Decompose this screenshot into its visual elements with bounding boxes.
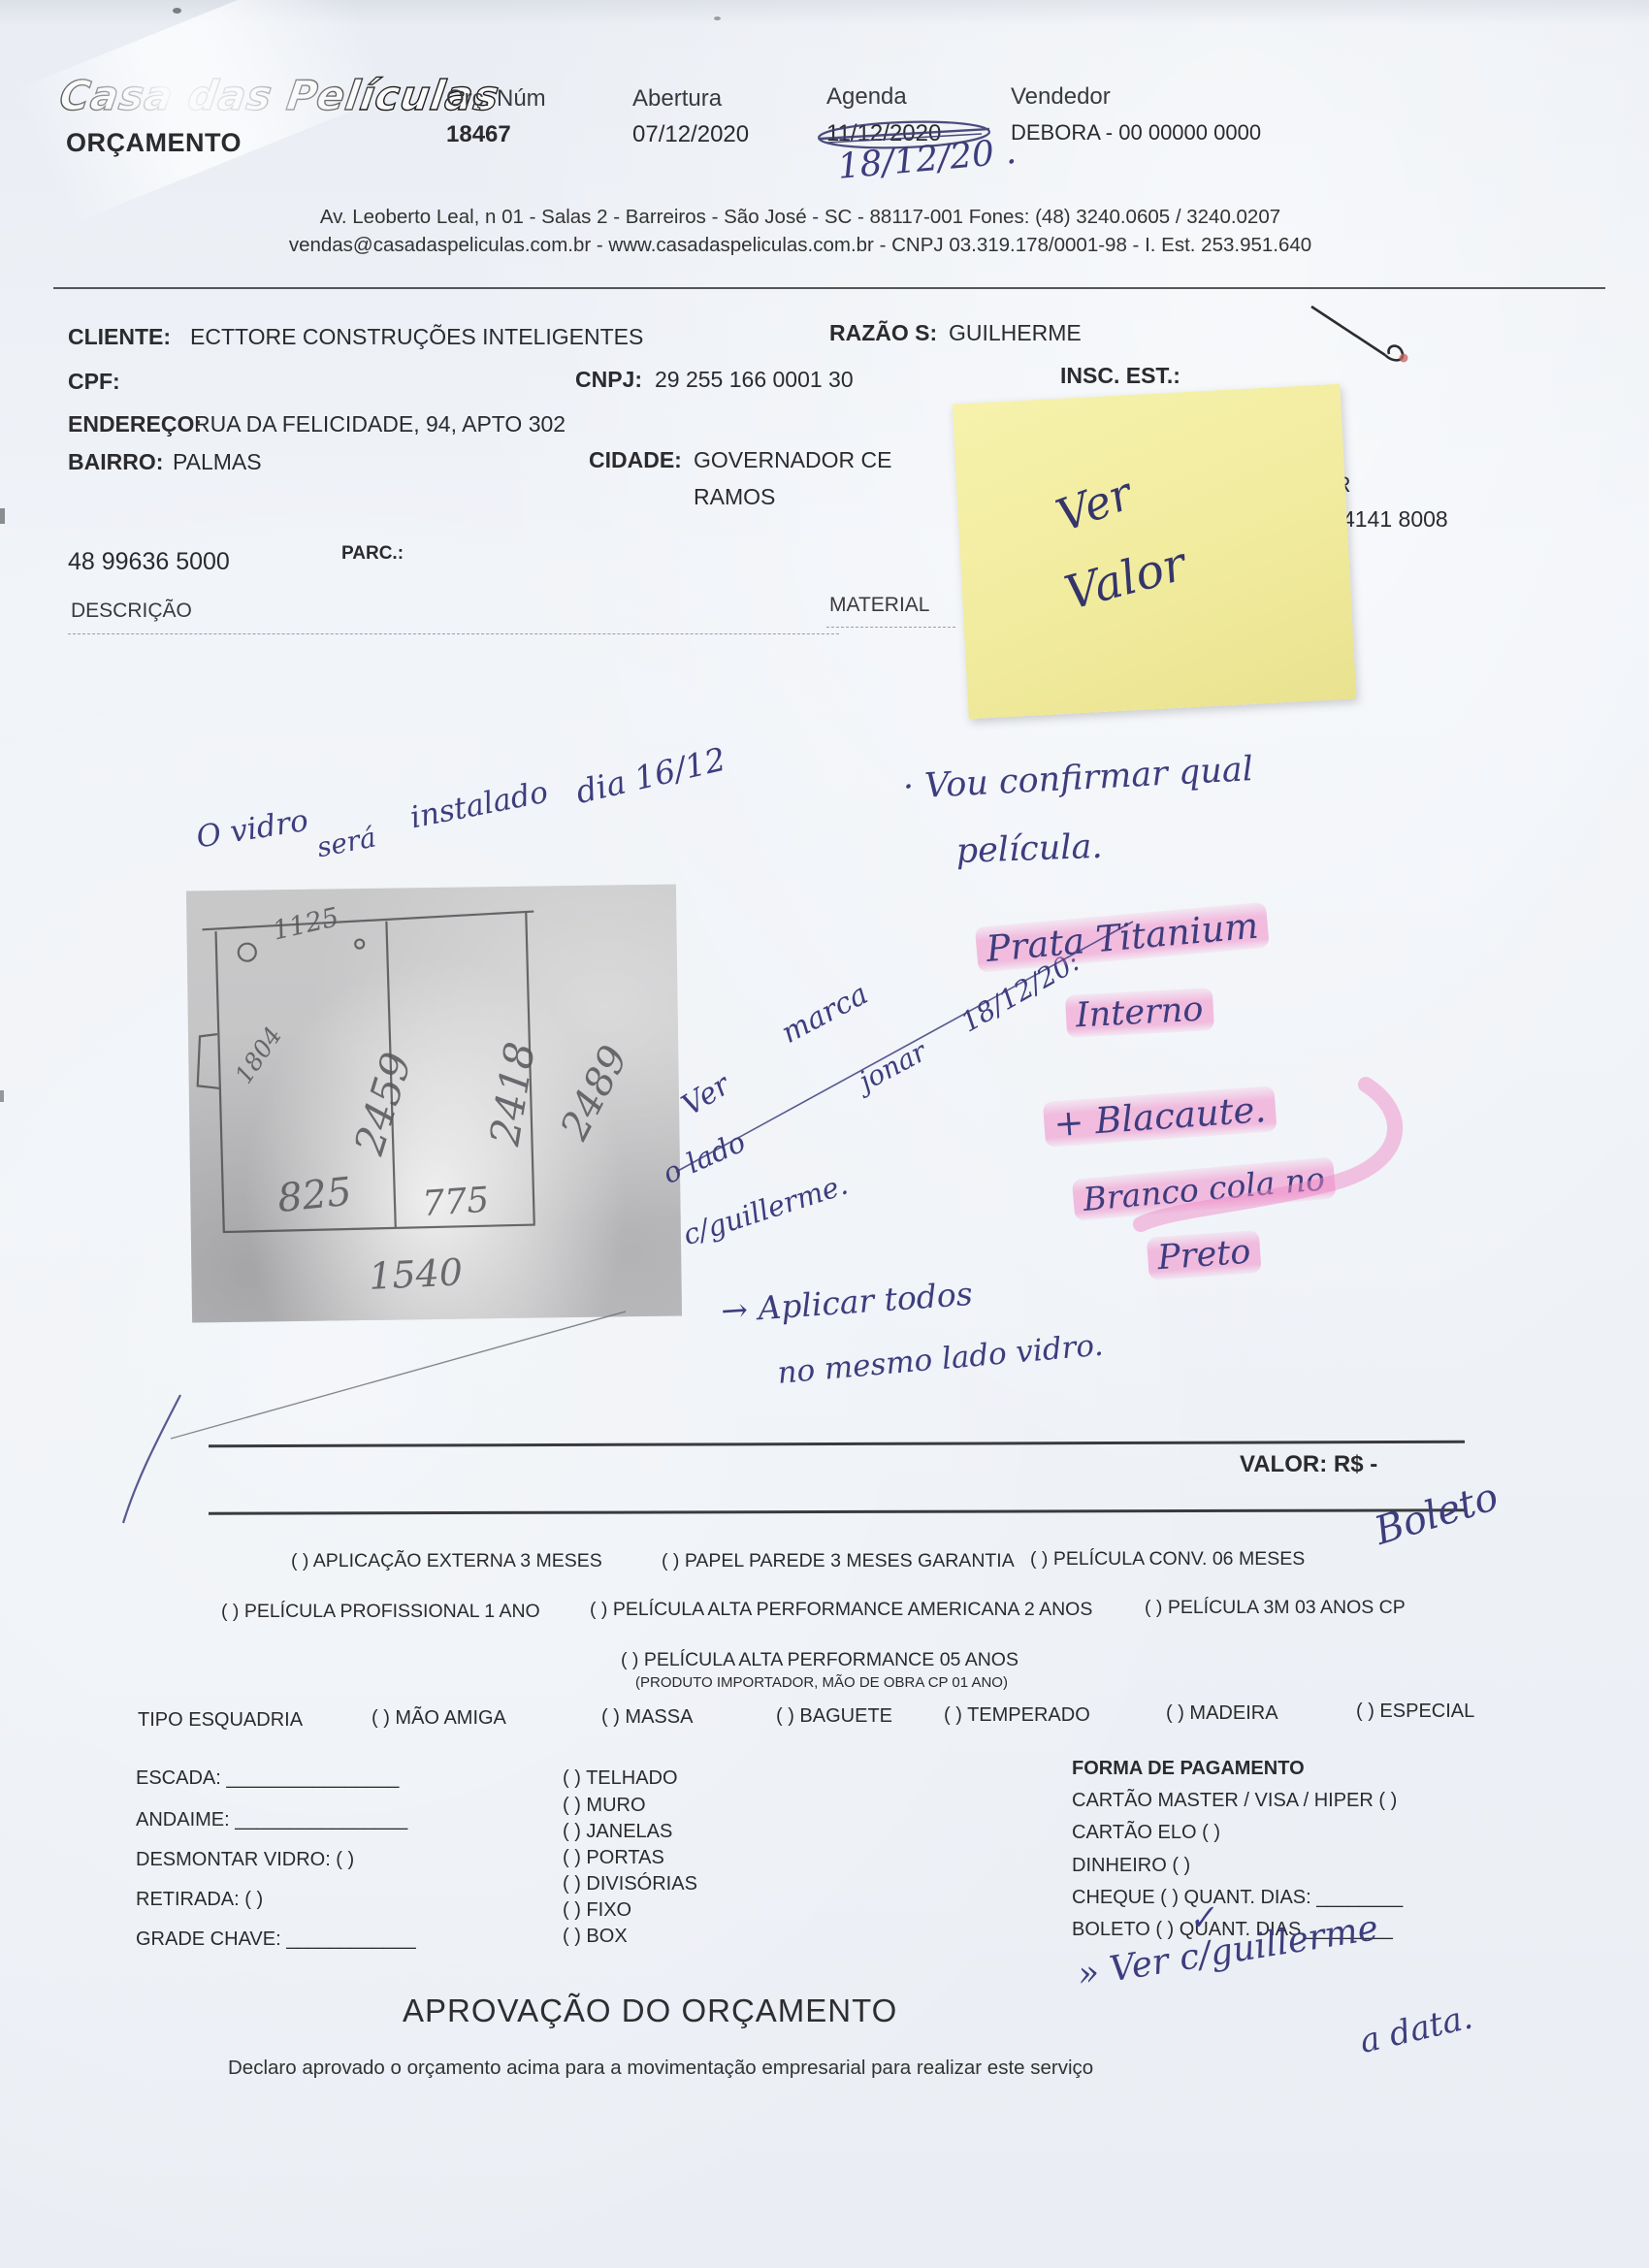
- cidade-label: CIDADE:: [589, 447, 682, 473]
- company-logo: Casa das Películas: [57, 72, 503, 119]
- note-boleto: Boleto: [1370, 1474, 1503, 1554]
- parc-label: PARC.:: [341, 543, 404, 565]
- scan-speck: [0, 508, 5, 524]
- material-column-header: MATERIAL: [829, 594, 929, 617]
- forma-pagamento-title: FORMA DE PAGAMENTO: [1072, 1758, 1305, 1780]
- note-jonar: jonar: [854, 1035, 932, 1097]
- option-telhado: ( ) TELHADO: [563, 1767, 678, 1790]
- vendedor-value: DEBORA - 00 00000 0000: [1011, 120, 1261, 146]
- dim-2418: 2418: [481, 1039, 544, 1149]
- field-retirada: RETIRADA: ( ): [136, 1889, 263, 1911]
- option-mao-amiga: ( ) MÃO AMIGA: [372, 1707, 506, 1730]
- option-divisorias: ( ) DIVISÓRIAS: [563, 1873, 697, 1895]
- dim-775: 775: [421, 1181, 490, 1224]
- scan-speck: [173, 8, 181, 14]
- payment-cartao-elo: CARTÃO ELO ( ): [1072, 1822, 1220, 1844]
- valor-label: VALOR: R$ -: [1240, 1451, 1377, 1478]
- dim-1125: 1125: [270, 902, 341, 946]
- option-pelicula-3m: ( ) PELÍCULA 3M 03 ANOS CP: [1145, 1597, 1406, 1619]
- cnpj-value: 29 255 166 0001 30: [655, 367, 854, 393]
- note-glass-1: O vidro: [194, 803, 310, 856]
- doc-type-label: ORÇAMENTO: [66, 128, 242, 158]
- scan-speck: [714, 16, 721, 20]
- option-massa: ( ) MASSA: [601, 1706, 693, 1729]
- orc-num-label: Orç. Núm: [446, 85, 546, 113]
- endereco-label: ENDEREÇO:: [68, 411, 202, 437]
- field-grade-chave: GRADE CHAVE: ____________: [136, 1928, 416, 1951]
- valor-line-bottom: [209, 1508, 1465, 1514]
- valor-line-top: [209, 1441, 1465, 1447]
- field-escada: ESCADA: ________________: [136, 1767, 399, 1790]
- option-box: ( ) BOX: [563, 1926, 628, 1948]
- note-glass-3: instalado: [407, 775, 551, 836]
- abertura-value: 07/12/2020: [632, 121, 749, 148]
- option-aplicacao-externa: ( ) APLICAÇÃO EXTERNA 3 MESES: [291, 1550, 602, 1572]
- dim-1540: 1540: [368, 1250, 464, 1298]
- payment-cartao-master: CARTÃO MASTER / VISA / HIPER ( ): [1072, 1790, 1397, 1812]
- cliente-value: ECTTORE CONSTRUÇÕES INTELIGENTES: [190, 324, 643, 350]
- glass-sketch-photo: 1125 1804 2459 2418 2489 825 775 1540: [186, 884, 682, 1322]
- header-divider-line: [53, 287, 1605, 289]
- bairro-label: BAIRRO:: [68, 449, 163, 475]
- note-confirm-1: · Vou confirmar qual: [902, 750, 1254, 807]
- cidade-value: GOVERNADOR CE: [694, 447, 891, 473]
- scanned-budget-document: Casa das Películas ORÇAMENTO Orç. Núm 18…: [0, 0, 1649, 2268]
- razao-value: GUILHERME: [949, 320, 1082, 346]
- option-pelicula-profissional: ( ) PELÍCULA PROFISSIONAL 1 ANO: [221, 1601, 540, 1623]
- aprovacao-title: APROVAÇÃO DO ORÇAMENTO: [403, 1993, 897, 2029]
- note-blackout: + Blacaute.: [1043, 1087, 1277, 1146]
- cnpj-label: CNPJ:: [575, 367, 642, 393]
- vendedor-label: Vendedor: [1011, 83, 1111, 111]
- option-baguete: ( ) BAGUETE: [776, 1705, 892, 1728]
- option-pelicula-conv: ( ) PELÍCULA CONV. 06 MESES: [1030, 1548, 1305, 1571]
- option-alta-performance-05: ( ) PELÍCULA ALTA PERFORMANCE 05 ANOS: [621, 1649, 1018, 1671]
- orc-num-value: 18467: [446, 121, 511, 148]
- note-glass-4: dia 16/12: [572, 740, 729, 811]
- option-janelas: ( ) JANELAS: [563, 1821, 672, 1843]
- highlighted-text: Prata Titanium: [975, 902, 1270, 973]
- descricao-column-header: DESCRIÇÃO: [71, 599, 192, 623]
- highlighted-text: Preto: [1147, 1230, 1262, 1280]
- highlighted-text: + Blacaute.: [1043, 1085, 1277, 1148]
- scan-top-shade: [0, 0, 1649, 25]
- note-lado-2: c/guillerme.: [679, 1168, 852, 1252]
- field-desmontar-vidro: DESMONTAR VIDRO: ( ): [136, 1849, 354, 1871]
- dim-2459: 2459: [345, 1047, 421, 1160]
- material-underline: [826, 627, 955, 628]
- client-phone: 48 99636 5000: [68, 548, 230, 576]
- note-prata-titanium: Prata Titanium: [975, 904, 1270, 971]
- bairro-value: PALMAS: [173, 449, 262, 475]
- option-alta-performance-05-sub: (PRODUTO IMPORTADOR, MÃO DE OBRA CP 01 A…: [635, 1674, 1008, 1691]
- option-fixo: ( ) FIXO: [563, 1899, 631, 1922]
- option-alta-performance-americana: ( ) PELÍCULA ALTA PERFORMANCE AMERICANA …: [590, 1599, 1092, 1621]
- approval-declaration: Declaro aprovado o orçamento acima para …: [228, 2057, 1093, 2080]
- agenda-label: Agenda: [826, 83, 907, 111]
- company-address-line1: Av. Leoberto Leal, n 01 - Salas 2 - Barr…: [165, 206, 1436, 229]
- note-branco-2: Preto: [1147, 1232, 1262, 1279]
- razao-label: RAZÃO S:: [829, 320, 937, 346]
- highlighted-text: Interno: [1065, 988, 1214, 1038]
- option-madeira: ( ) MADEIRA: [1166, 1702, 1278, 1725]
- note-ver: Ver: [676, 1068, 736, 1123]
- note-glass-2: será: [314, 821, 378, 863]
- option-temperado: ( ) TEMPERADO: [944, 1704, 1090, 1727]
- note-branco-1: Branco cola no: [1072, 1158, 1336, 1218]
- cliente-label: CLIENTE:: [68, 324, 171, 350]
- note-marca: marca: [776, 977, 874, 1051]
- option-especial: ( ) ESPECIAL: [1356, 1701, 1474, 1723]
- descricao-underline: [68, 633, 839, 634]
- option-papel-parede: ( ) PAPEL PAREDE 3 MESES GARANTIA: [662, 1550, 1015, 1572]
- note-confirm-2: película.: [955, 827, 1103, 871]
- note-aplicar-2: no mesmo lado vidro.: [776, 1328, 1105, 1391]
- payment-cheque: CHEQUE ( ) QUANT. DIAS: ________: [1072, 1887, 1403, 1909]
- option-muro: ( ) MURO: [563, 1795, 646, 1817]
- field-andaime: ANDAIME: ________________: [136, 1809, 407, 1831]
- note-approval-2: a data.: [1356, 1997, 1476, 2060]
- dim-825: 825: [275, 1170, 354, 1221]
- cidade-value-line2: RAMOS: [694, 484, 775, 510]
- tipo-esquadria-label: TIPO ESQUADRIA: [138, 1709, 303, 1732]
- highlighted-text: Branco cola no: [1072, 1156, 1337, 1220]
- payment-dinheiro: DINHEIRO ( ): [1072, 1855, 1190, 1877]
- scan-speck: [0, 1090, 4, 1102]
- cpf-label: CPF:: [68, 369, 120, 395]
- note-aplicar-1: → Aplicar todos: [720, 1275, 974, 1330]
- abertura-label: Abertura: [632, 85, 722, 113]
- option-portas: ( ) PORTAS: [563, 1847, 664, 1869]
- dim-2489: 2489: [552, 1039, 636, 1148]
- insc-est-label: INSC. EST.:: [1060, 363, 1180, 389]
- note-interno: Interno: [1065, 989, 1213, 1036]
- endereco-value: RUA DA FELICIDADE, 94, APTO 302: [194, 411, 566, 437]
- dim-1804: 1804: [230, 1021, 288, 1088]
- company-address-line2: vendas@casadaspeliculas.com.br - www.cas…: [165, 234, 1436, 257]
